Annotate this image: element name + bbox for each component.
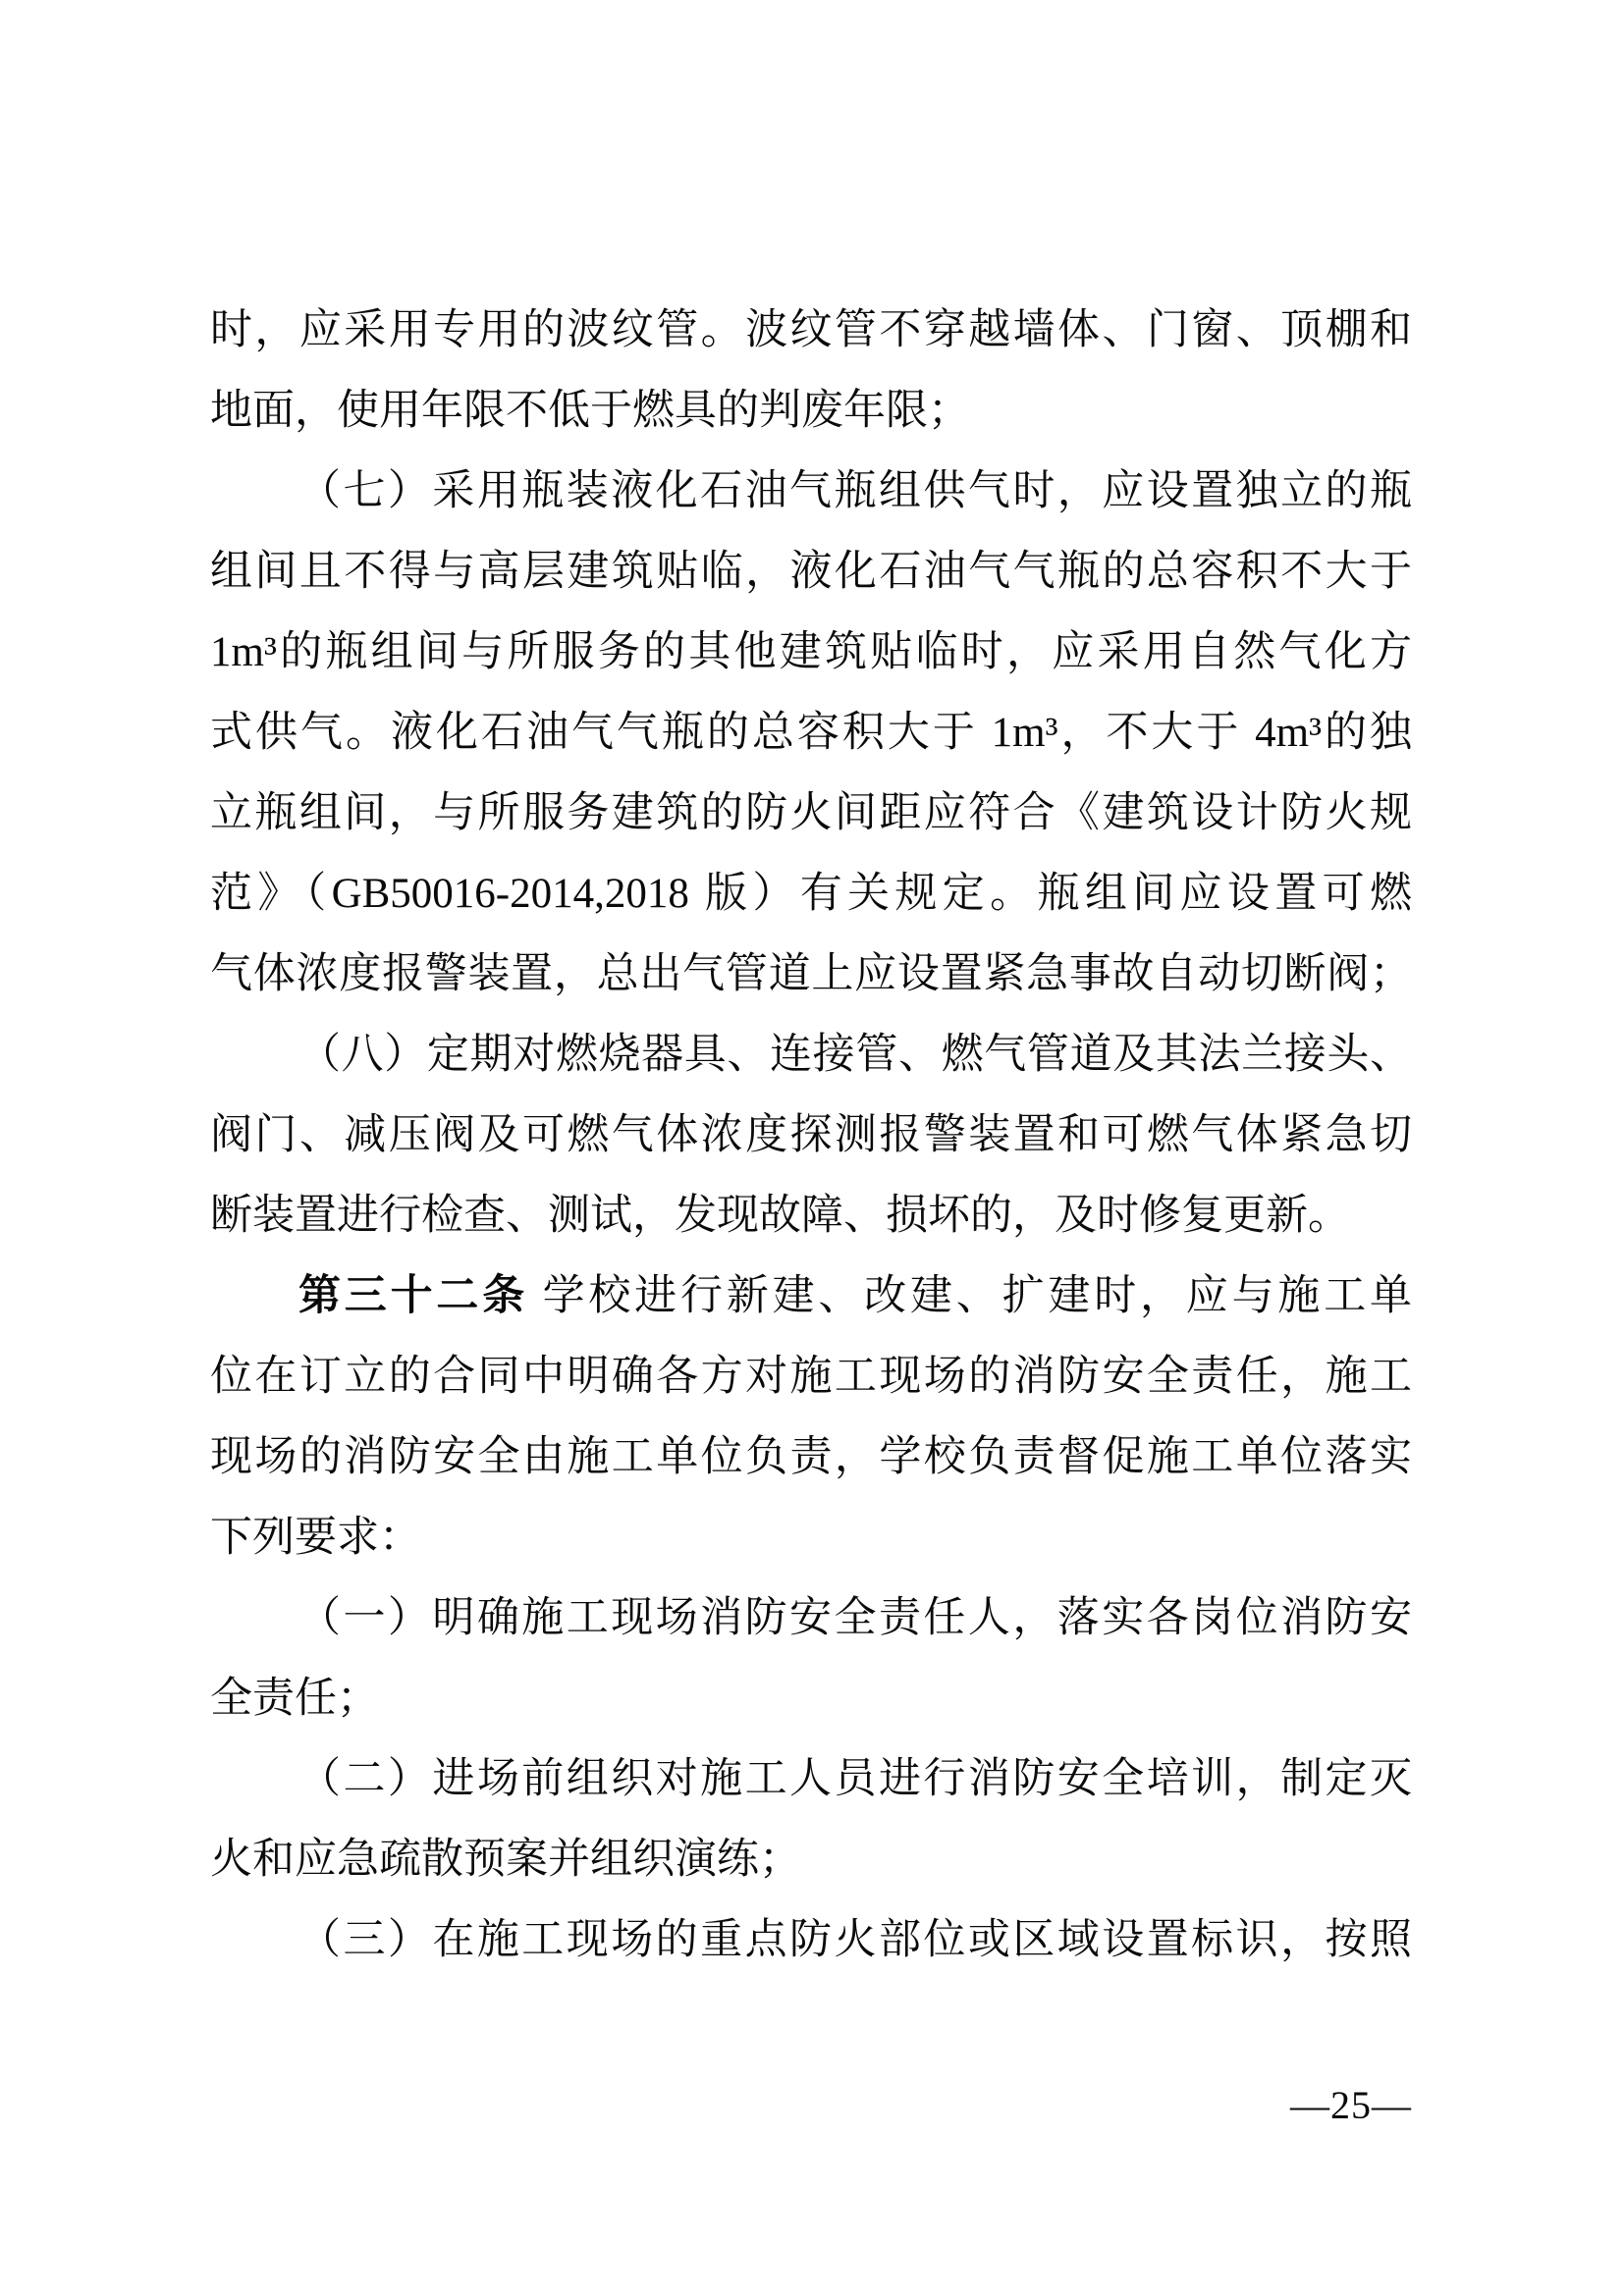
bold-run: 第三十二条 — [298, 1273, 528, 1319]
text-line: 阀门、减压阀及可燃气体浓度探测报警装置和可燃气体紧急切 — [210, 1095, 1412, 1176]
text-run: （一）明确施工现场消防安全责任人，落实各岗位消防安 — [298, 1595, 1412, 1641]
text-run: 断装置进行检查、测试，发现故障、损坏的，及时修复更新。 — [210, 1193, 1350, 1239]
document-body: 时，应采用专用的波纹管。波纹管不穿越墙体、门窗、顶棚和地面，使用年限不低于燃具的… — [210, 291, 1412, 1981]
text-line: 组间且不得与高层建筑贴临，液化石油气气瓶的总容积不大于 — [210, 532, 1412, 613]
text-line: 火和应急疏散预案并组织演练； — [210, 1820, 1412, 1900]
text-run: 地面，使用年限不低于燃具的判废年限； — [210, 388, 970, 434]
text-run: 1m³的瓶组间与所服务的其他建筑贴临时，应采用自然气化方 — [210, 629, 1412, 675]
text-line: 地面，使用年限不低于燃具的判废年限； — [210, 371, 1412, 452]
text-line: 位在订立的合同中明确各方对施工现场的消防安全责任，施工 — [210, 1337, 1412, 1417]
text-run: （八）定期对燃烧器具、连接管、燃气管道及其法兰接头、 — [298, 1032, 1412, 1078]
text-line: （一）明确施工现场消防安全责任人，落实各岗位消防安 — [210, 1578, 1412, 1659]
text-line: 断装置进行检查、测试，发现故障、损坏的，及时修复更新。 — [210, 1176, 1412, 1256]
text-line: （二）进场前组织对施工人员进行消防安全培训，制定灭 — [210, 1739, 1412, 1820]
text-line: 现场的消防安全由施工单位负责，学校负责督促施工单位落实 — [210, 1417, 1412, 1498]
text-run: （三）在施工现场的重点防火部位或区域设置标识，按照 — [298, 1917, 1412, 1963]
text-run: 学校进行新建、改建、扩建时，应与施工单 — [528, 1273, 1412, 1319]
text-run: （二）进场前组织对施工人员进行消防安全培训，制定灭 — [298, 1756, 1412, 1802]
text-run: 全责任； — [210, 1676, 379, 1722]
text-run: 现场的消防安全由施工单位负责，学校负责督促施工单位落实 — [210, 1434, 1412, 1480]
text-run: 立瓶组间，与所服务建筑的防火间距应符合《建筑设计防火规 — [210, 790, 1412, 836]
text-line: 时，应采用专用的波纹管。波纹管不穿越墙体、门窗、顶棚和 — [210, 291, 1412, 371]
text-run: 气体浓度报警装置，总出气管道上应设置紧急事故自动切断阀； — [210, 951, 1412, 997]
document-page: 时，应采用专用的波纹管。波纹管不穿越墙体、门窗、顶棚和地面，使用年限不低于燃具的… — [0, 0, 1624, 2296]
text-line: 气体浓度报警装置，总出气管道上应设置紧急事故自动切断阀； — [210, 934, 1412, 1015]
text-run: 阀门、减压阀及可燃气体浓度探测报警装置和可燃气体紧急切 — [210, 1112, 1412, 1158]
text-line: 第三十二条 学校进行新建、改建、扩建时，应与施工单 — [210, 1256, 1412, 1337]
text-line: 全责任； — [210, 1659, 1412, 1739]
text-run: 范》（GB50016-2014,2018 版）有关规定。瓶组间应设置可燃 — [210, 871, 1412, 917]
text-line: （三）在施工现场的重点防火部位或区域设置标识，按照 — [210, 1900, 1412, 1981]
text-run: 式供气。液化石油气气瓶的总容积大于 1m³，不大于 4m³的独 — [210, 710, 1412, 756]
text-run: 火和应急疏散预案并组织演练； — [210, 1837, 801, 1883]
text-run: 位在订立的合同中明确各方对施工现场的消防安全责任，施工 — [210, 1354, 1412, 1400]
text-run: 组间且不得与高层建筑贴临，液化石油气气瓶的总容积不大于 — [210, 549, 1412, 595]
page-number: —25— — [210, 2065, 1412, 2146]
text-line: 式供气。液化石油气气瓶的总容积大于 1m³，不大于 4m³的独 — [210, 693, 1412, 774]
text-run: 时，应采用专用的波纹管。波纹管不穿越墙体、门窗、顶棚和 — [210, 307, 1412, 353]
text-line: （七）采用瓶装液化石油气瓶组供气时，应设置独立的瓶 — [210, 452, 1412, 532]
text-run: 下列要求： — [210, 1515, 421, 1561]
text-line: 1m³的瓶组间与所服务的其他建筑贴临时，应采用自然气化方 — [210, 613, 1412, 693]
text-run: （七）采用瓶装液化石油气瓶组供气时，应设置独立的瓶 — [298, 468, 1412, 514]
text-line: 范》（GB50016-2014,2018 版）有关规定。瓶组间应设置可燃 — [210, 854, 1412, 934]
text-line: （八）定期对燃烧器具、连接管、燃气管道及其法兰接头、 — [210, 1015, 1412, 1095]
text-line: 立瓶组间，与所服务建筑的防火间距应符合《建筑设计防火规 — [210, 774, 1412, 854]
text-line: 下列要求： — [210, 1498, 1412, 1578]
